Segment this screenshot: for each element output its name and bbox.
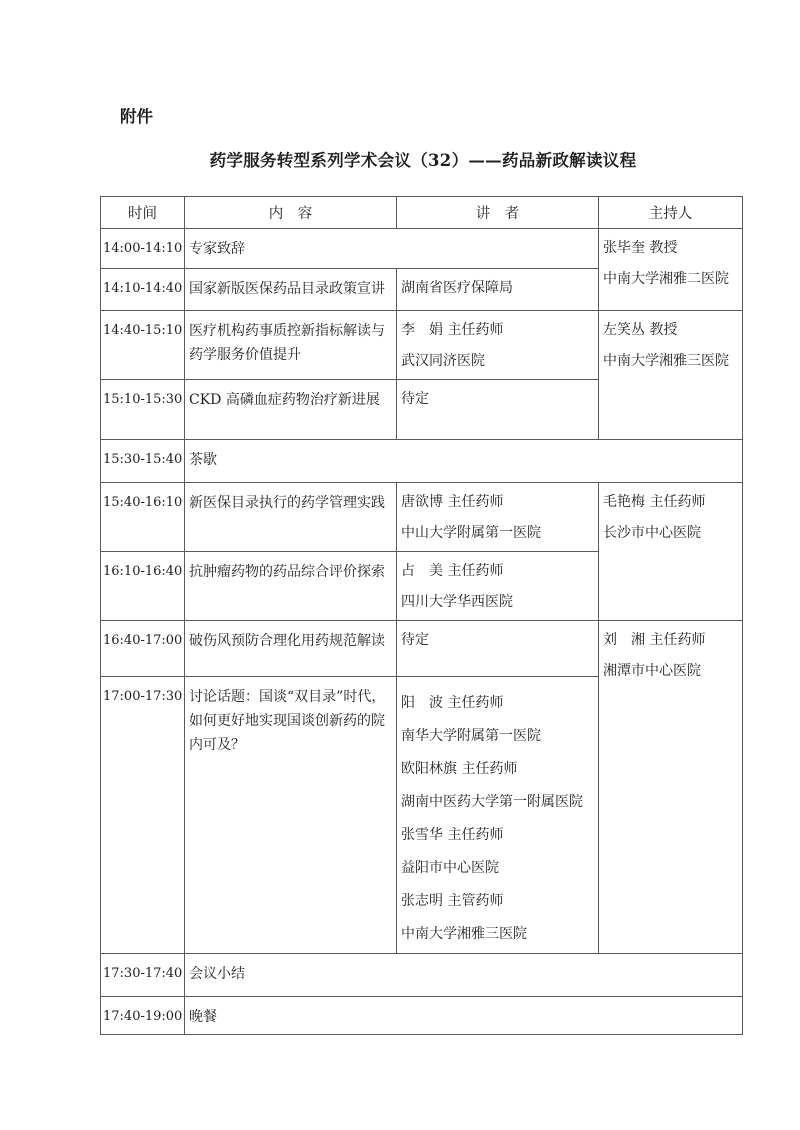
col-header-speaker: 讲 者	[397, 197, 599, 229]
speaker-cell: 湖南省医疗保障局	[397, 269, 599, 311]
speaker-line: 中山大学附属第一医院	[401, 518, 595, 549]
col-header-content: 内 容	[185, 197, 397, 229]
document-page: 附件 药学服务转型系列学术会议（32）——药品新政解读议程 时间 内 容 讲 者…	[0, 0, 800, 1130]
speaker-line: 阳 波 主任药师	[401, 687, 595, 720]
table-row: 17:30-17:40 会议小结	[101, 954, 743, 997]
time-cell: 15:10-15:30	[101, 380, 185, 440]
content-cell: CKD 高磷血症药物治疗新进展	[185, 380, 397, 440]
time-cell: 14:40-15:10	[101, 311, 185, 380]
content-cell: 讨论话题：国谈“双目录”时代，如何更好地实现国谈创新药的院内可及？	[185, 677, 397, 954]
speaker-cell: 唐欲博 主任药师 中山大学附属第一医院	[397, 483, 599, 552]
content-cell: 新医保目录执行的药学管理实践	[185, 483, 397, 552]
speaker-line: 唐欲博 主任药师	[401, 487, 595, 518]
time-cell: 14:00-14:10	[101, 229, 185, 269]
host-line: 毛艳梅 主任药师	[603, 487, 739, 518]
host-line: 湘潭市中心医院	[603, 656, 739, 687]
time-cell: 15:30-15:40	[101, 440, 185, 483]
content-cell: 会议小结	[185, 954, 743, 997]
speaker-line: 南华大学附属第一医院	[401, 720, 595, 753]
host-cell: 刘 湘 主任药师 湘潭市中心医院	[599, 621, 743, 954]
host-cell: 毛艳梅 主任药师 长沙市中心医院	[599, 483, 743, 621]
time-cell: 16:10-16:40	[101, 552, 185, 621]
content-cell: 晚餐	[185, 997, 743, 1035]
speaker-cell: 待定	[397, 380, 599, 440]
speaker-line: 李 娟 主任药师	[401, 315, 595, 346]
speaker-line: 张雪华 主任药师	[401, 819, 595, 852]
host-line: 左笑丛 教授	[603, 315, 739, 346]
time-cell: 14:10-14:40	[101, 269, 185, 311]
host-line: 中南大学湘雅三医院	[603, 346, 739, 377]
table-row: 14:40-15:10 医疗机构药事质控新指标解读与药学服务价值提升 李 娟 主…	[101, 311, 743, 380]
doc-title: 药学服务转型系列学术会议（32）——药品新政解读议程	[100, 147, 746, 171]
content-cell: 国家新版医保药品目录政策宣讲	[185, 269, 397, 311]
speaker-cell: 阳 波 主任药师 南华大学附属第一医院 欧阳林旗 主任药师 湖南中医药大学第一附…	[397, 677, 599, 954]
header-row: 时间 内 容 讲 者 主持人	[101, 197, 743, 229]
host-line: 张毕奎 教授	[603, 233, 739, 264]
speaker-line: 四川大学华西医院	[401, 587, 595, 618]
speaker-line: 张志明 主管药师	[401, 885, 595, 918]
content-cell: 抗肿瘤药物的药品综合评价探索	[185, 552, 397, 621]
speaker-line: 待定	[401, 625, 595, 656]
content-cell: 专家致辞	[185, 229, 599, 269]
time-cell: 17:40-19:00	[101, 997, 185, 1035]
table-row: 17:40-19:00 晚餐	[101, 997, 743, 1035]
speaker-line: 湖南省医疗保障局	[401, 273, 595, 304]
host-line: 长沙市中心医院	[603, 518, 739, 549]
host-cell: 张毕奎 教授 中南大学湘雅二医院	[599, 229, 743, 311]
speaker-line: 占 美 主任药师	[401, 556, 595, 587]
agenda-table: 时间 内 容 讲 者 主持人 14:00-14:10 专家致辞 张毕奎 教授 中…	[100, 196, 743, 1035]
content-cell: 医疗机构药事质控新指标解读与药学服务价值提升	[185, 311, 397, 380]
time-cell: 17:30-17:40	[101, 954, 185, 997]
speaker-line: 益阳市中心医院	[401, 852, 595, 885]
col-header-time: 时间	[101, 197, 185, 229]
host-line: 刘 湘 主任药师	[603, 625, 739, 656]
speaker-cell: 待定	[397, 621, 599, 677]
attachment-label: 附件	[120, 103, 153, 127]
speaker-line: 湖南中医药大学第一附属医院	[401, 786, 595, 819]
table-row: 15:30-15:40 茶歇	[101, 440, 743, 483]
time-cell: 17:00-17:30	[101, 677, 185, 954]
speaker-line: 武汉同济医院	[401, 346, 595, 377]
host-line: 中南大学湘雅二医院	[603, 264, 739, 295]
table-row: 14:00-14:10 专家致辞 张毕奎 教授 中南大学湘雅二医院	[101, 229, 743, 269]
table-row: 15:40-16:10 新医保目录执行的药学管理实践 唐欲博 主任药师 中山大学…	[101, 483, 743, 552]
content-cell: 破伤风预防合理化用药规范解读	[185, 621, 397, 677]
content-cell: 茶歇	[185, 440, 743, 483]
time-cell: 15:40-16:10	[101, 483, 185, 552]
host-cell: 左笑丛 教授 中南大学湘雅三医院	[599, 311, 743, 440]
time-cell: 16:40-17:00	[101, 621, 185, 677]
speaker-line: 欧阳林旗 主任药师	[401, 753, 595, 786]
table-row: 16:40-17:00 破伤风预防合理化用药规范解读 待定 刘 湘 主任药师 湘…	[101, 621, 743, 677]
speaker-line: 中南大学湘雅三医院	[401, 918, 595, 951]
speaker-line: 待定	[401, 384, 595, 415]
speaker-cell: 占 美 主任药师 四川大学华西医院	[397, 552, 599, 621]
speaker-cell: 李 娟 主任药师 武汉同济医院	[397, 311, 599, 380]
col-header-host: 主持人	[599, 197, 743, 229]
